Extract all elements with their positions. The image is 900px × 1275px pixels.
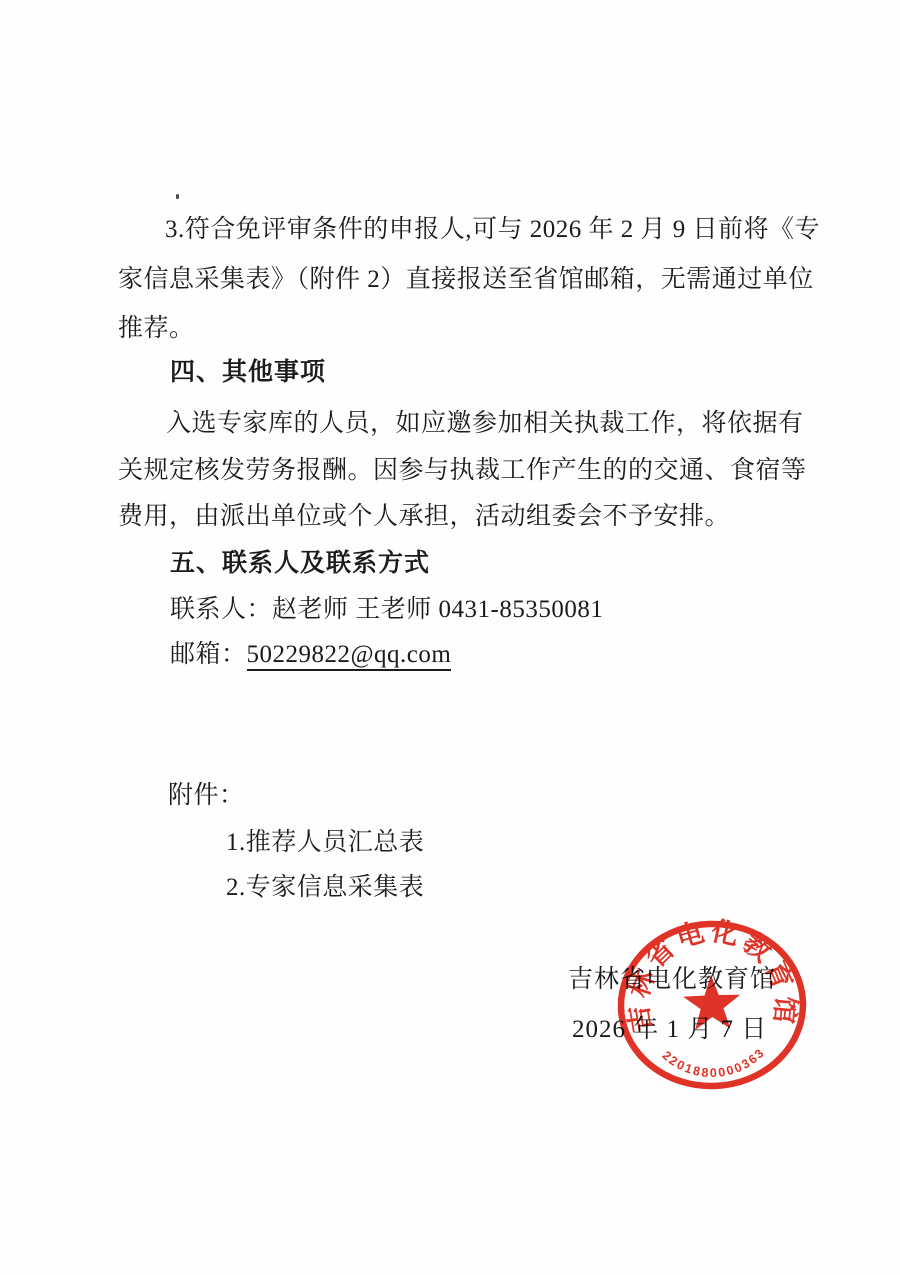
document-page: 3.符合免评审条件的申报人,可与 2026 年 2 月 9 日前将《专 家信息采… (0, 0, 900, 1275)
official-seal: 吉林省电化教育馆 2201880000363 (609, 913, 815, 1100)
contact-line: 联系人：赵老师 王老师 0431-85350081 (170, 596, 603, 625)
paragraph-3-line-1: 3.符合免评审条件的申报人,可与 2026 年 2 月 9 日前将《专 (165, 216, 820, 245)
section-5-heading: 五、联系人及联系方式 (170, 550, 430, 579)
paragraph-3-line-3: 推荐。 (118, 315, 195, 344)
attachment-item-2: 2.专家信息采集表 (226, 874, 424, 903)
star-icon (682, 974, 741, 1030)
attachment-item-1: 1.推荐人员汇总表 (226, 829, 424, 858)
section-4-heading: 四、其他事项 (170, 359, 326, 388)
attachments-label: 附件： (168, 782, 245, 811)
section-4-line-2: 关规定核发劳务报酬。因参与执裁工作产生的的交通、食宿等 (118, 457, 807, 486)
section-4-line-3: 费用，由派出单位或个人承担，活动组委会不予安排。 (118, 503, 730, 532)
email-label: 邮箱： (170, 641, 247, 668)
email-line: 邮箱：50229822@qq.com (170, 641, 451, 670)
email-address: 50229822@qq.com (247, 641, 452, 671)
section-4-line-1: 入选专家库的人员，如应邀参加相关执裁工作，将依据有 (166, 410, 804, 439)
paragraph-3-line-2: 家信息采集表》（附件 2）直接报送至省馆邮箱，无需通过单位 (118, 266, 814, 295)
scan-artifact-dot (176, 194, 179, 199)
